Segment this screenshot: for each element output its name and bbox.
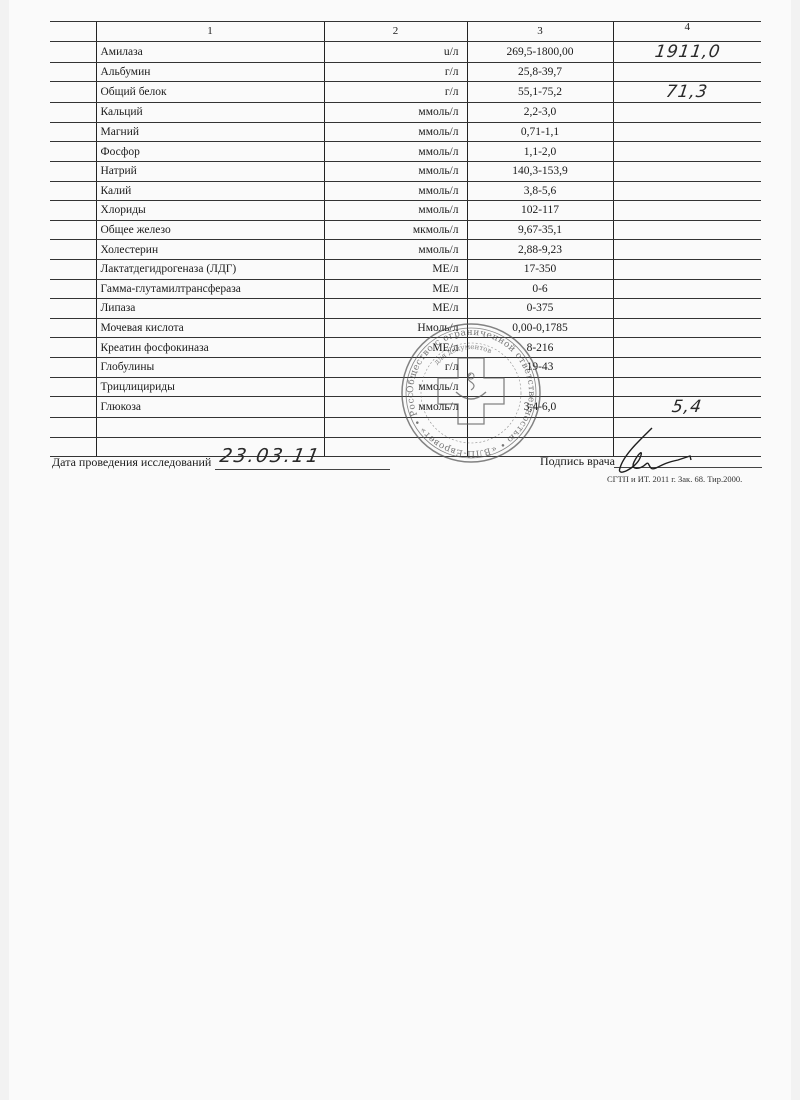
unit: г/л xyxy=(324,82,467,103)
analyte-name: Холестерин xyxy=(96,240,324,260)
unit: ммоль/л xyxy=(324,161,467,181)
analyte-name: Альбумин xyxy=(96,62,324,82)
table-row: Альбуминг/л25,8-39,7 xyxy=(50,62,761,82)
unit: ммоль/л xyxy=(324,103,467,123)
table-row: Общий белокг/л55,1-75,271,3 xyxy=(50,82,761,103)
signature-label: Подпись врача xyxy=(540,454,615,469)
result-value xyxy=(613,62,761,82)
column-header-3: 3 xyxy=(467,22,613,42)
result-value xyxy=(613,201,761,221)
analyte-name: Амилаза xyxy=(96,41,324,62)
table-row: Кальцийммоль/л2,2-3,0 xyxy=(50,103,761,123)
analyte-name: Глюкоза xyxy=(96,397,324,418)
reference-range: 2,2-3,0 xyxy=(467,103,613,123)
scan-edge-left xyxy=(0,0,9,1100)
analyte-name: Общее железо xyxy=(96,220,324,240)
reference-range: 0-6 xyxy=(467,279,613,299)
analyte-name: Общий белок xyxy=(96,82,324,103)
analyte-name: Глобулины xyxy=(96,357,324,377)
analyte-name: Гамма-глутамилтрансфераза xyxy=(96,279,324,299)
margin-cell xyxy=(50,103,96,123)
margin-cell xyxy=(50,41,96,62)
unit: ммоль/л xyxy=(324,142,467,162)
table-header-row: 1 2 3 4 xyxy=(50,22,761,42)
table-row: Амилазаu/л269,5-1800,001911,0 xyxy=(50,41,761,62)
unit: г/л xyxy=(324,62,467,82)
scan-edge-right xyxy=(791,0,800,1100)
margin-cell xyxy=(50,220,96,240)
analyte-name: Мочевая кислота xyxy=(96,318,324,338)
result-value: 71,3 xyxy=(613,82,761,103)
unit: ммоль/л xyxy=(324,201,467,221)
reference-range: 1,1-2,0 xyxy=(467,142,613,162)
analyte-name: Натрий xyxy=(96,161,324,181)
result-value xyxy=(613,220,761,240)
table-row: Калийммоль/л3,8-5,6 xyxy=(50,181,761,201)
table-row: Холестеринммоль/л2,88-9,23 xyxy=(50,240,761,260)
date-label: Дата проведения исследований xyxy=(52,455,211,470)
margin-cell xyxy=(50,437,96,457)
result-value xyxy=(613,299,761,319)
reference-range: 0-375 xyxy=(467,299,613,319)
table-row: Магнийммоль/л0,71-1,1 xyxy=(50,122,761,142)
table-row: Фосформмоль/л1,1-2,0 xyxy=(50,142,761,162)
reference-range: 269,5-1800,00 xyxy=(467,41,613,62)
margin-cell xyxy=(50,357,96,377)
result-value xyxy=(613,259,761,279)
result-value xyxy=(613,181,761,201)
analyte-name: Кальций xyxy=(96,103,324,123)
reference-range: 2,88-9,23 xyxy=(467,240,613,260)
unit: ммоль/л xyxy=(324,122,467,142)
margin-cell xyxy=(50,299,96,319)
reference-range: 102-117 xyxy=(467,201,613,221)
unit: ммоль/л xyxy=(324,181,467,201)
result-value xyxy=(613,357,761,377)
analyte-name: Калий xyxy=(96,181,324,201)
table-row: Лактатдегидрогеназа (ЛДГ)МЕ/л17-350 xyxy=(50,259,761,279)
unit: ммоль/л xyxy=(324,240,467,260)
handwritten-result: 5,4 xyxy=(671,397,704,417)
result-value: 5,4 xyxy=(613,397,761,418)
margin-cell xyxy=(50,240,96,260)
reference-range: 140,3-153,9 xyxy=(467,161,613,181)
margin-cell xyxy=(50,418,96,438)
margin-cell xyxy=(50,279,96,299)
margin-cell xyxy=(50,377,96,397)
margin-cell xyxy=(50,161,96,181)
result-value xyxy=(613,377,761,397)
unit: u/л xyxy=(324,41,467,62)
table-row: Гамма-глутамилтрансферазаМЕ/л0-6 xyxy=(50,279,761,299)
analyte-name: Фосфор xyxy=(96,142,324,162)
margin-cell xyxy=(50,62,96,82)
table-row: Хлоридыммоль/л102-117 xyxy=(50,201,761,221)
analyte-name: Магний xyxy=(96,122,324,142)
print-info: СГТП и ИТ. 2011 г. Зак. 68. Тир.2000. xyxy=(607,474,742,484)
handwritten-result: 71,3 xyxy=(665,82,710,102)
margin-cell xyxy=(50,318,96,338)
unit: МЕ/л xyxy=(324,299,467,319)
reference-range: 9,67-35,1 xyxy=(467,220,613,240)
margin-cell xyxy=(50,22,96,42)
margin-cell xyxy=(50,338,96,358)
table-row: Общее железомкмоль/л9,67-35,1 xyxy=(50,220,761,240)
margin-cell xyxy=(50,82,96,103)
margin-cell xyxy=(50,259,96,279)
stamp-outer-text: Общество с ограниченной ответственностью… xyxy=(400,318,536,458)
result-value xyxy=(613,338,761,358)
analyte-name: Лактатдегидрогеназа (ЛДГ) xyxy=(96,259,324,279)
analyte-name: Липаза xyxy=(96,299,324,319)
analyte-name xyxy=(96,418,324,438)
unit: МЕ/л xyxy=(324,259,467,279)
reference-range: 25,8-39,7 xyxy=(467,62,613,82)
column-header-1: 1 xyxy=(96,22,324,42)
result-value xyxy=(613,122,761,142)
margin-cell xyxy=(50,122,96,142)
result-value xyxy=(613,318,761,338)
reference-range: 17-350 xyxy=(467,259,613,279)
clinic-stamp: Общество с ограниченной ответственностью… xyxy=(400,318,542,468)
analyte-name: Креатин фосфокиназа xyxy=(96,338,324,358)
reference-range: 55,1-75,2 xyxy=(467,82,613,103)
doctor-signature xyxy=(612,424,702,479)
table-row: Натрийммоль/л140,3-153,9 xyxy=(50,161,761,181)
handwritten-date: 23.03.11 xyxy=(218,445,322,467)
margin-cell xyxy=(50,142,96,162)
result-value xyxy=(613,161,761,181)
result-value xyxy=(613,279,761,299)
table-row: ЛипазаМЕ/л0-375 xyxy=(50,299,761,319)
analyte-name: Хлориды xyxy=(96,201,324,221)
unit: МЕ/л xyxy=(324,279,467,299)
result-value xyxy=(613,103,761,123)
reference-range: 0,71-1,1 xyxy=(467,122,613,142)
unit: мкмоль/л xyxy=(324,220,467,240)
handwritten-result: 1911,0 xyxy=(653,42,721,62)
margin-cell xyxy=(50,181,96,201)
column-header-4: 4 xyxy=(613,22,761,42)
margin-cell xyxy=(50,201,96,221)
margin-cell xyxy=(50,397,96,418)
cross-icon xyxy=(438,358,504,424)
date-underline xyxy=(215,469,390,470)
result-value: 1911,0 xyxy=(613,41,761,62)
result-value xyxy=(613,142,761,162)
analyte-name: Трицлицириды xyxy=(96,377,324,397)
svg-text:Общество с ограниченной ответс: Общество с ограниченной ответственностью… xyxy=(400,318,536,458)
result-value xyxy=(613,240,761,260)
column-header-2: 2 xyxy=(324,22,467,42)
reference-range: 3,8-5,6 xyxy=(467,181,613,201)
